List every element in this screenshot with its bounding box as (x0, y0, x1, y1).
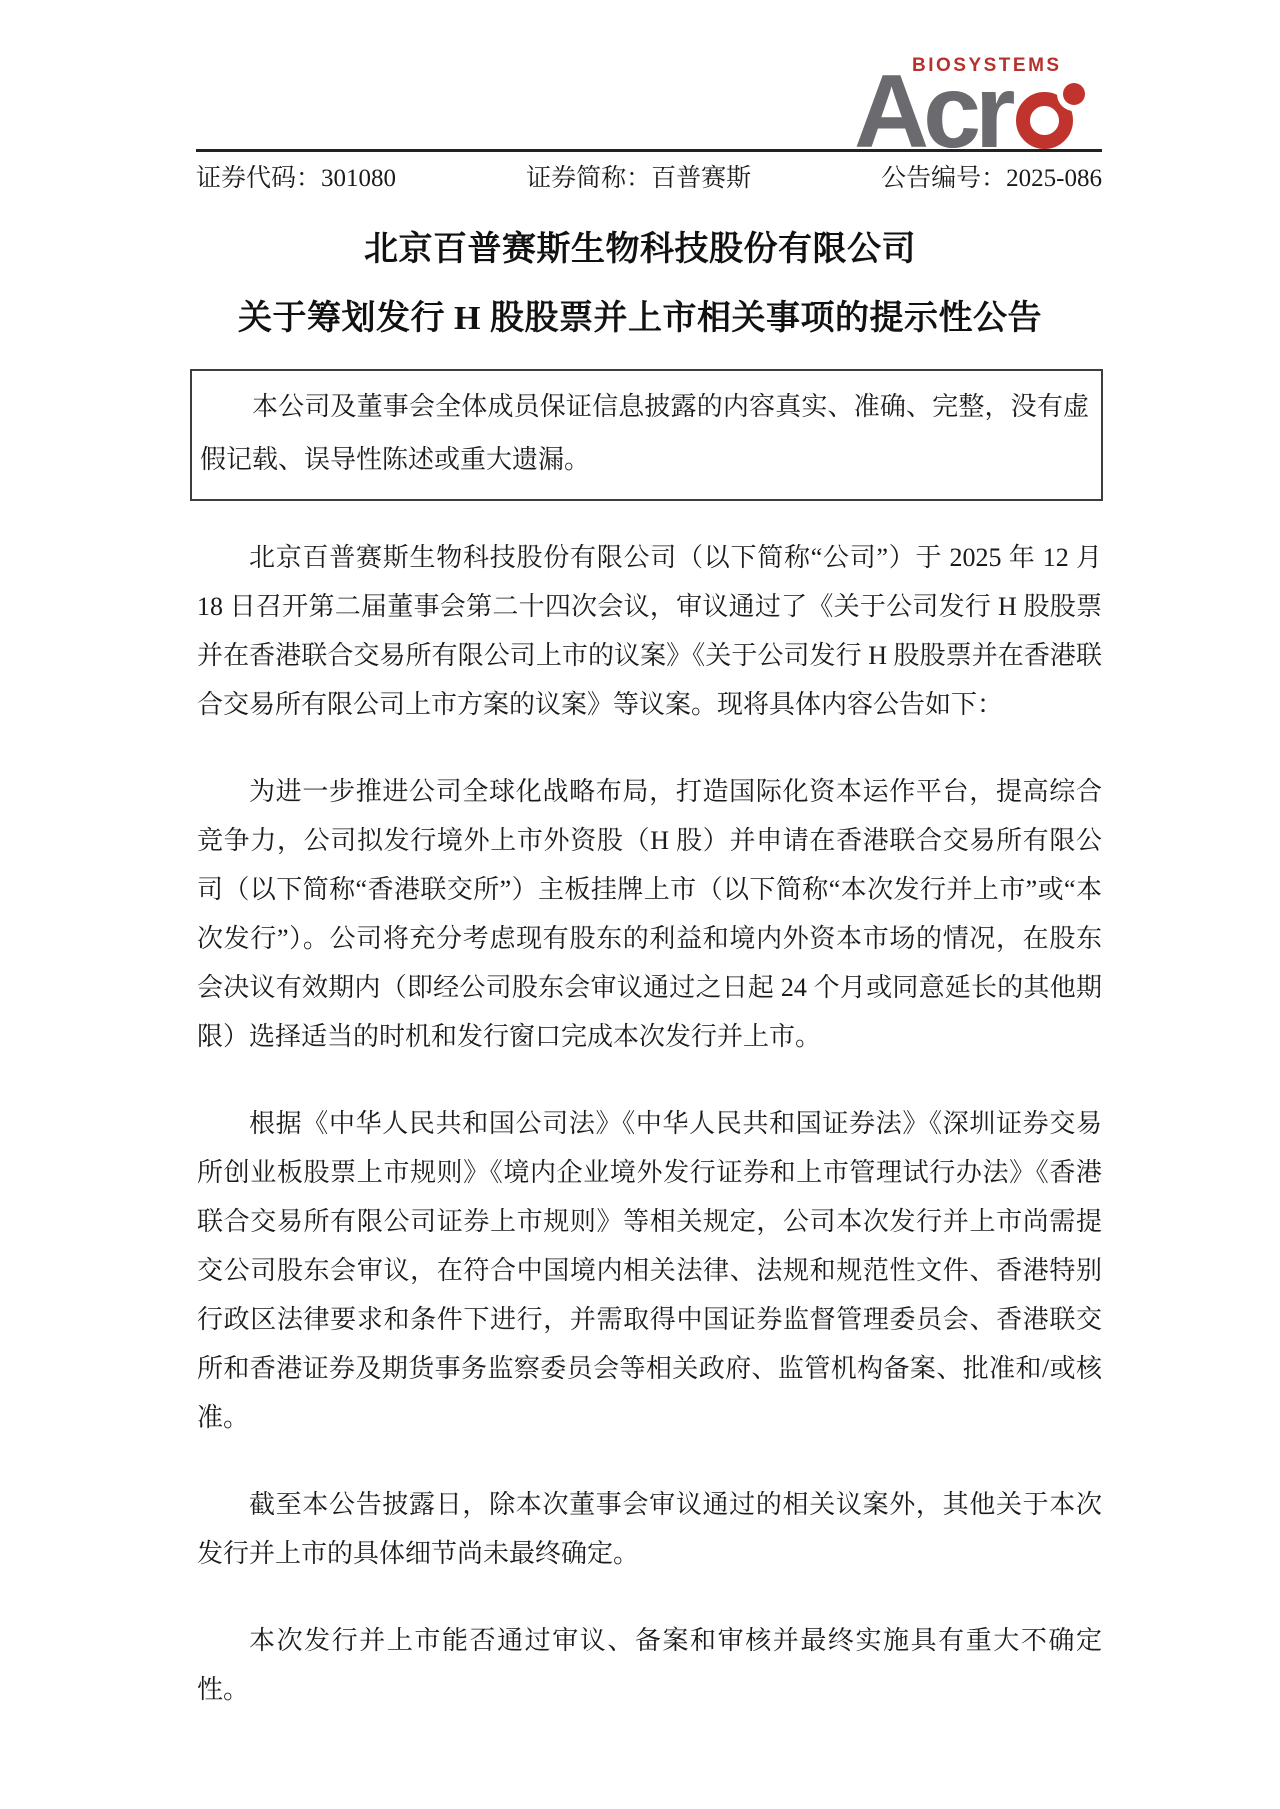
body-paragraph: 北京百普赛斯生物科技股份有限公司（以下简称“公司”）于 2025 年 12 月 … (197, 533, 1102, 729)
logo-wordmark: Acr (854, 76, 1100, 149)
body-paragraph: 根据《中华人民共和国公司法》《中华人民共和国证券法》《深圳证券交易所创业板股票上… (197, 1099, 1102, 1442)
stock-info-row: 证券代码：301080 证券简称：百普赛斯 公告编号：2025-086 (196, 164, 1102, 194)
disclaimer-text: 本公司及董事会全体成员保证信息披露的内容真实、准确、完整，没有虚假记载、误导性陈… (200, 380, 1089, 486)
logo-wordmark-text: Acr (854, 54, 1009, 170)
header-divider (196, 149, 1102, 152)
acro-biosystems-logo: BIOSYSTEMS Acr (854, 56, 1100, 149)
stock-abbr: 证券简称：百普赛斯 (526, 164, 751, 194)
logo-o-dot-icon (1063, 83, 1085, 105)
disclaimer-box: 本公司及董事会全体成员保证信息披露的内容真实、准确、完整，没有虚假记载、误导性陈… (190, 369, 1103, 501)
logo-o-icon (1016, 92, 1073, 149)
body-paragraph: 为进一步推进公司全球化战略布局，打造国际化资本运作平台，提高综合竞争力，公司拟发… (197, 767, 1102, 1061)
announcement-number: 公告编号：2025-086 (881, 164, 1102, 194)
announcement-title: 关于筹划发行 H 股股票并上市相关事项的提示性公告 (96, 299, 1184, 339)
body-paragraph: 截至本公告披露日，除本次董事会审议通过的相关议案外，其他关于本次发行并上市的具体… (197, 1480, 1102, 1578)
body-paragraph: 本次发行并上市能否通过审议、备案和审核并最终实施具有重大不确定性。 (197, 1616, 1102, 1714)
company-name-title: 北京百普赛斯生物科技股份有限公司 (96, 230, 1184, 270)
stock-code: 证券代码：301080 (196, 164, 396, 194)
announcement-body: 北京百普赛斯生物科技股份有限公司（以下简称“公司”）于 2025 年 12 月 … (197, 533, 1102, 1752)
announcement-page: BIOSYSTEMS Acr 证券代码：301080 证券简称：百普赛斯 公告编… (0, 0, 1280, 1809)
